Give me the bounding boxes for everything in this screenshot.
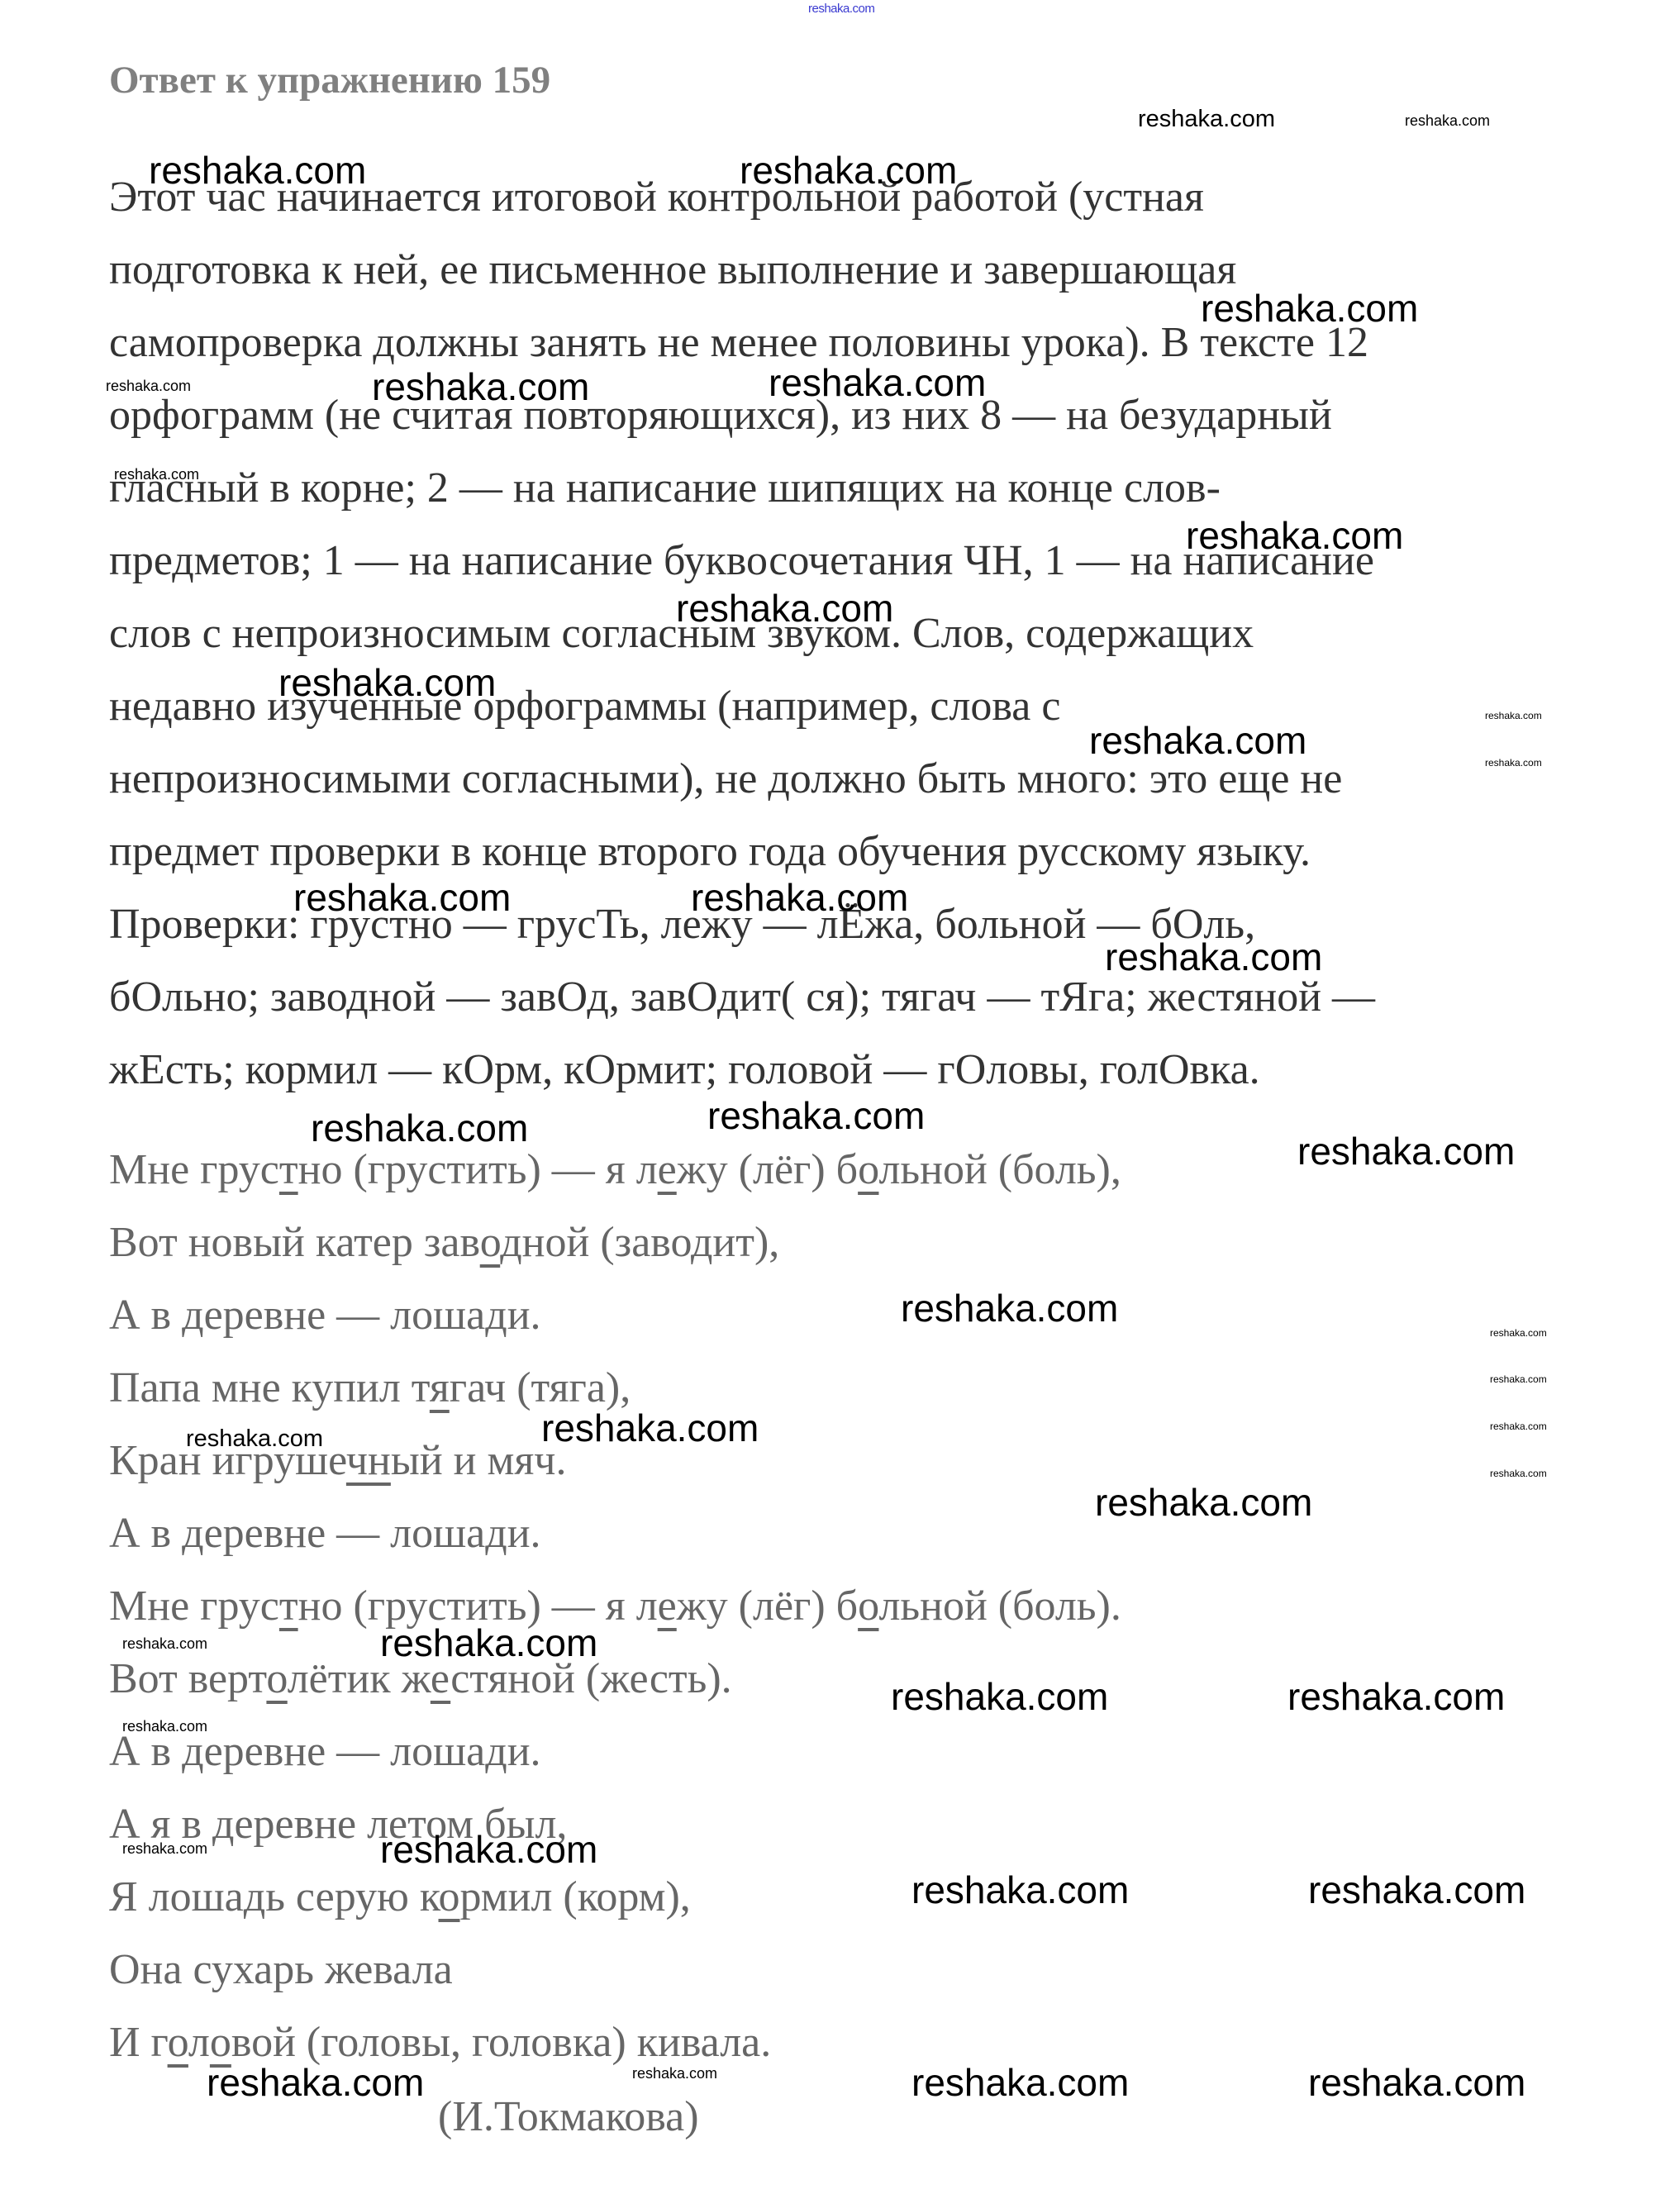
poem-text: дной (заводит), bbox=[500, 1219, 779, 1266]
poem-text: А в деревне — лошади. bbox=[109, 1292, 541, 1339]
poem-author: (И.Токмакова) bbox=[438, 2096, 699, 2139]
poem-text: А в деревне — лошади. bbox=[109, 1728, 541, 1775]
body-line: непроизносимыми согласными), не должно б… bbox=[109, 758, 1342, 801]
underlined-orthogram: о bbox=[210, 2019, 231, 2066]
body-line: гласный в корне; 2 — на написание шипящи… bbox=[109, 467, 1221, 510]
watermark: reshaka.com bbox=[707, 1097, 925, 1135]
poem-text: л bbox=[188, 2019, 210, 2066]
watermark: reshaka.com bbox=[1405, 113, 1490, 128]
poem-line: А в деревне — лошади. bbox=[109, 1512, 541, 1555]
watermark: reshaka.com bbox=[1308, 1871, 1525, 1909]
watermark: reshaka.com bbox=[122, 1636, 207, 1651]
poem-text: льной (боль). bbox=[878, 1582, 1121, 1630]
watermark: reshaka.com bbox=[632, 2066, 717, 2081]
poem-line: Папа мне купил тягач (тяга), bbox=[109, 1367, 631, 1410]
watermark: reshaka.com bbox=[1490, 1374, 1547, 1384]
poem-text: Мне грус bbox=[109, 1146, 279, 1193]
poem-text: жу (лёг) б bbox=[677, 1582, 858, 1630]
watermark: reshaka.com bbox=[691, 878, 908, 916]
poem-text: Вот новый катер зав bbox=[109, 1219, 480, 1266]
watermark: reshaka.com bbox=[1105, 938, 1322, 976]
poem-line: Я лошадь серую кормил (корм), bbox=[109, 1876, 691, 1919]
watermark: reshaka.com bbox=[186, 1427, 323, 1451]
poem-line: И головой (головы, головка) кивала. bbox=[109, 2021, 771, 2064]
watermark: reshaka.com bbox=[1287, 1678, 1505, 1716]
watermark: reshaka.com bbox=[901, 1289, 1118, 1327]
underlined-orthogram: о bbox=[858, 1582, 878, 1630]
watermark: reshaka.com bbox=[1490, 1328, 1547, 1338]
watermark: reshaka.com bbox=[278, 664, 496, 702]
poem-line: Кран игрушечный и мяч. bbox=[109, 1440, 566, 1482]
site-mark[interactable]: reshaka.com bbox=[808, 2, 874, 16]
poem-line: Мне грустно (грустить) — я лежу (лёг) бо… bbox=[109, 1149, 1121, 1192]
watermark: reshaka.com bbox=[891, 1678, 1108, 1716]
watermark: reshaka.com bbox=[114, 467, 199, 482]
body-line: бОльно; заводной — завОд, завОдит( ся); … bbox=[109, 976, 1375, 1019]
watermark: reshaka.com bbox=[1485, 711, 1542, 721]
poem-line: А в деревне — лошади. bbox=[109, 1730, 541, 1773]
page-title: Ответ к упражнению 159 bbox=[109, 58, 550, 102]
underlined-orthogram: о bbox=[858, 1146, 878, 1193]
body-line: жЕсть; кормил — кОрм, кОрмит; головой — … bbox=[109, 1049, 1260, 1092]
poem-text: гач (тяга), bbox=[450, 1364, 631, 1411]
poem-line: Мне грустно (грустить) — я лежу (лёг) бо… bbox=[109, 1585, 1121, 1628]
watermark: reshaka.com bbox=[740, 151, 957, 189]
poem-text: Папа мне купил т bbox=[109, 1364, 430, 1411]
underlined-orthogram: о bbox=[168, 2019, 188, 2066]
watermark: reshaka.com bbox=[1490, 1421, 1547, 1431]
watermark: reshaka.com bbox=[541, 1409, 759, 1447]
poem-text: льной (боль), bbox=[878, 1146, 1121, 1193]
watermark: reshaka.com bbox=[122, 1719, 207, 1734]
watermark: reshaka.com bbox=[1095, 1483, 1312, 1521]
underlined-orthogram: о bbox=[266, 1655, 287, 1702]
poem-line: Вот новый катер заводной (заводит), bbox=[109, 1221, 779, 1264]
watermark: reshaka.com bbox=[311, 1109, 528, 1147]
poem-text: Она сухарь жевала bbox=[109, 1946, 453, 1993]
watermark: reshaka.com bbox=[1308, 2063, 1525, 2101]
poem-text: но (грустить) — я л bbox=[298, 1146, 658, 1193]
watermark: reshaka.com bbox=[293, 878, 511, 916]
watermark: reshaka.com bbox=[1490, 1468, 1547, 1478]
watermark: reshaka.com bbox=[1201, 289, 1418, 327]
watermark: reshaka.com bbox=[1089, 721, 1306, 759]
watermark: reshaka.com bbox=[1186, 516, 1403, 554]
poem-text: ый и мяч. bbox=[391, 1437, 567, 1484]
underlined-orthogram: т bbox=[279, 1146, 298, 1193]
body-line: Проверки: грустно — грусТь, лежу — лЁжа,… bbox=[109, 903, 1255, 946]
watermark: reshaka.com bbox=[1297, 1132, 1515, 1170]
watermark: reshaka.com bbox=[911, 2063, 1129, 2101]
watermark: reshaka.com bbox=[676, 589, 893, 627]
watermark: reshaka.com bbox=[911, 1871, 1129, 1909]
underlined-orthogram: о bbox=[480, 1219, 501, 1266]
poem-text: Вот верт bbox=[109, 1655, 266, 1702]
underlined-orthogram: е bbox=[658, 1146, 677, 1193]
body-line: самопроверка должны занять не менее поло… bbox=[109, 321, 1368, 364]
body-line: предметов; 1 — на написание буквосочетан… bbox=[109, 540, 1374, 583]
underlined-orthogram: е bbox=[658, 1582, 677, 1630]
poem-line: А в деревне — лошади. bbox=[109, 1294, 541, 1337]
watermark: reshaka.com bbox=[122, 1841, 207, 1856]
body-line: орфограмм (не считая повторяющихся), из … bbox=[109, 394, 1332, 437]
watermark: reshaka.com bbox=[1485, 758, 1542, 768]
body-line: недавно изученные орфограммы (например, … bbox=[109, 685, 1060, 728]
poem-text: Мне грус bbox=[109, 1582, 279, 1630]
body-line: подготовка к ней, ее письменное выполнен… bbox=[109, 249, 1236, 292]
underlined-orthogram: о bbox=[439, 1873, 460, 1920]
underlined-orthogram: т bbox=[279, 1582, 298, 1630]
poem-text: вой (головы, головка) кивала. bbox=[231, 2019, 771, 2066]
body-line: предмет проверки в конце второго года об… bbox=[109, 830, 1311, 873]
watermark: reshaka.com bbox=[769, 364, 986, 402]
watermark: reshaka.com bbox=[106, 378, 191, 393]
underlined-orthogram: чн bbox=[346, 1437, 391, 1484]
watermark: reshaka.com bbox=[380, 1624, 597, 1662]
watermark: reshaka.com bbox=[380, 1830, 597, 1868]
poem-text: Я лошадь серую к bbox=[109, 1873, 439, 1920]
watermark: reshaka.com bbox=[207, 2063, 424, 2101]
underlined-orthogram: я bbox=[430, 1364, 450, 1411]
watermark: reshaka.com bbox=[372, 368, 589, 406]
poem-line: Она сухарь жевала bbox=[109, 1949, 453, 1992]
poem-text: И г bbox=[109, 2019, 168, 2066]
poem-text: жу (лёг) б bbox=[677, 1146, 858, 1193]
poem-text: А в деревне — лошади. bbox=[109, 1510, 541, 1557]
poem-text: рмил (корм), bbox=[460, 1873, 691, 1920]
watermark: reshaka.com bbox=[1138, 107, 1275, 131]
watermark: reshaka.com bbox=[149, 151, 366, 189]
